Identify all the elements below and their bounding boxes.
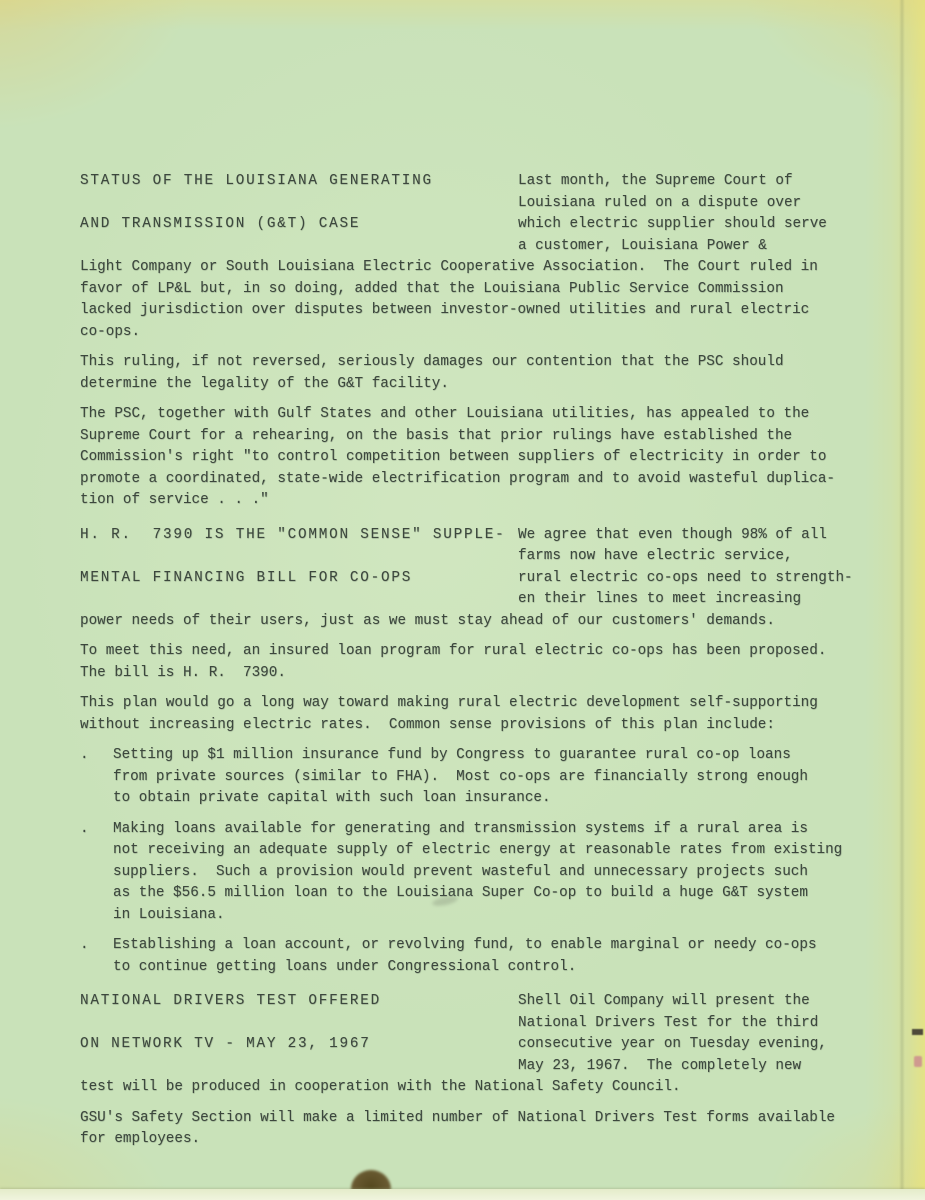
bullet-text: Setting up $1 million insurance fund by … bbox=[113, 745, 870, 810]
bullet-item: . Setting up $1 million insurance fund b… bbox=[80, 745, 870, 810]
bullet-item: . Making loans available for generating … bbox=[80, 819, 870, 927]
section-header-row: NATIONAL DRIVERS TEST OFFERED ON NETWORK… bbox=[80, 991, 870, 1077]
paper-crease bbox=[899, 0, 905, 1200]
section-gt-case: STATUS OF THE LOUISIANA GENERATING AND T… bbox=[80, 171, 870, 512]
section-heading: NATIONAL DRIVERS TEST OFFERED ON NETWORK… bbox=[80, 991, 518, 1056]
section-header-row: H. R. 7390 IS THE "COMMON SENSE" SUPPLE-… bbox=[80, 525, 870, 611]
section-lead-paragraph: We agree that even though 98% of all far… bbox=[518, 525, 870, 611]
section-drivers-test: NATIONAL DRIVERS TEST OFFERED ON NETWORK… bbox=[80, 991, 870, 1151]
section-lead-paragraph: Shell Oil Company will present the Natio… bbox=[518, 991, 870, 1077]
bullet-text: Establishing a loan account, or revolvin… bbox=[113, 935, 870, 978]
paragraph: GSU's Safety Section will make a limited… bbox=[80, 1108, 870, 1151]
scanned-page: STATUS OF THE LOUISIANA GENERATING AND T… bbox=[0, 0, 925, 1200]
paragraph: This plan would go a long way toward mak… bbox=[80, 693, 870, 736]
page-bottom-edge bbox=[0, 1189, 925, 1200]
section-heading: H. R. 7390 IS THE "COMMON SENSE" SUPPLE-… bbox=[80, 525, 518, 590]
section-hr-7390: H. R. 7390 IS THE "COMMON SENSE" SUPPLE-… bbox=[80, 525, 870, 979]
paragraph: This ruling, if not reversed, seriously … bbox=[80, 352, 870, 395]
section-header-row: STATUS OF THE LOUISIANA GENERATING AND T… bbox=[80, 171, 870, 257]
bullet-marker: . bbox=[80, 745, 113, 810]
section-heading: STATUS OF THE LOUISIANA GENERATING AND T… bbox=[80, 171, 518, 236]
paragraph: power needs of their users, just as we m… bbox=[80, 611, 870, 633]
edge-mark-pink bbox=[914, 1056, 922, 1067]
bullet-item: . Establishing a loan account, or revolv… bbox=[80, 935, 870, 978]
section-lead-paragraph: Last month, the Supreme Court of Louisia… bbox=[518, 171, 870, 257]
paragraph: Light Company or South Louisiana Electri… bbox=[80, 257, 870, 343]
edge-mark bbox=[912, 1029, 923, 1035]
bullet-text: Making loans available for generating an… bbox=[113, 819, 870, 927]
page-content: STATUS OF THE LOUISIANA GENERATING AND T… bbox=[80, 171, 870, 1151]
bullet-marker: . bbox=[80, 935, 113, 978]
paragraph: To meet this need, an insured loan progr… bbox=[80, 641, 870, 684]
bullet-marker: . bbox=[80, 819, 113, 927]
paragraph: test will be produced in cooperation wit… bbox=[80, 1077, 870, 1099]
paragraph: The PSC, together with Gulf States and o… bbox=[80, 404, 870, 512]
